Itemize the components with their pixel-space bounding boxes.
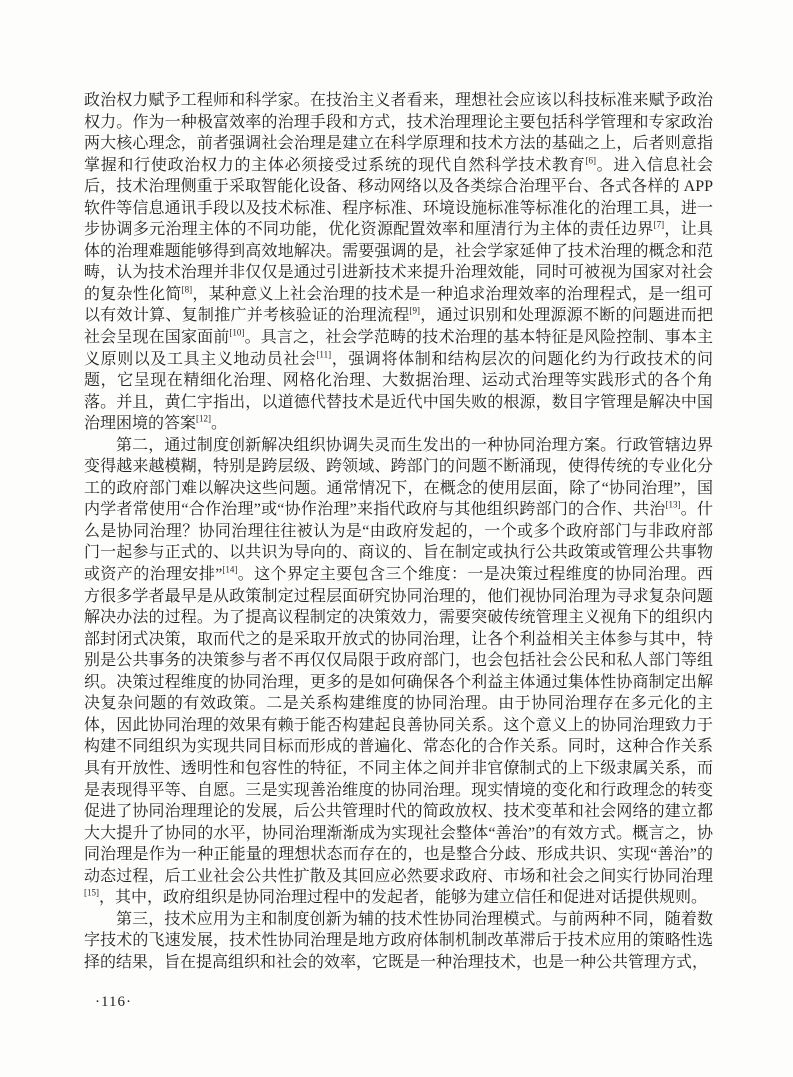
document-page: 政治权力赋予工程师和科学家。在技治主义者看来，理想社会应该以科技标准来赋予政治权… [0,0,793,1077]
citation-marker: [6] [585,155,596,165]
citation-marker: [13] [666,500,681,510]
citation-marker: [10] [229,328,244,338]
citation-marker: [8] [182,285,193,295]
page-number: ·116· [95,992,132,1013]
citation-marker: [12] [196,414,211,424]
body-paragraph: 政治权力赋予工程师和科学家。在技治主义者看来，理想社会应该以科技标准来赋予政治权… [84,90,713,435]
document-body: 政治权力赋予工程师和科学家。在技治主义者看来，理想社会应该以科技标准来赋予政治权… [84,90,713,973]
citation-marker: [7] [654,220,665,230]
citation-marker: [15] [84,888,99,898]
citation-marker: [9] [410,306,421,316]
body-paragraph: 第二，通过制度创新解决组织协调失灵而生发出的一种协同治理方案。行政管辖边界变得越… [84,435,713,909]
citation-marker: [11] [316,349,331,359]
citation-marker: [14] [222,565,237,575]
body-paragraph: 第三，技术应用为主和制度创新为辅的技术性协同治理模式。与前两种不同，随着数字技术… [84,909,713,974]
